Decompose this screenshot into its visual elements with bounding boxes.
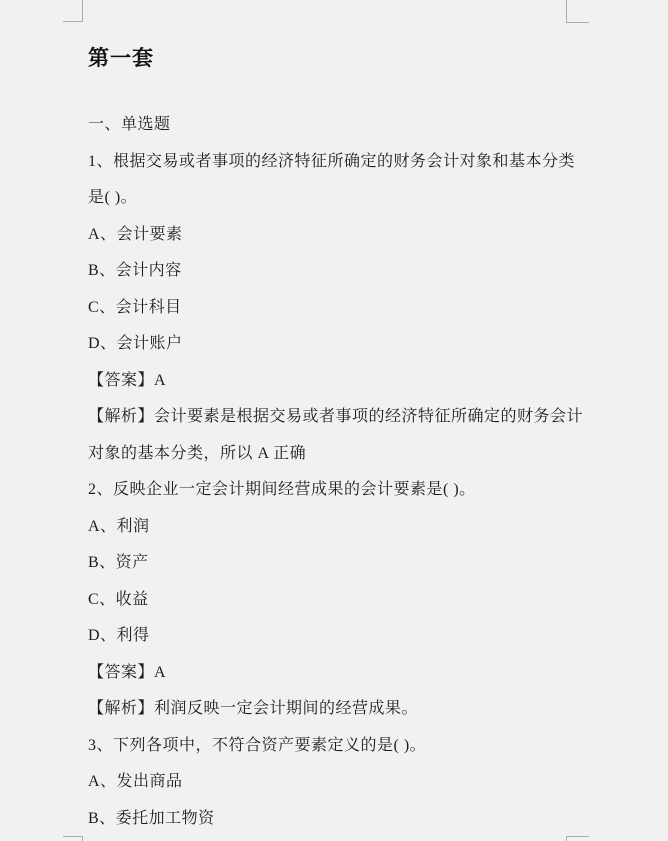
- margin-mark-top-left-icon: [63, 0, 83, 22]
- question-2-option-a: A、利润: [88, 509, 608, 546]
- question-2-option-c: C、收益: [88, 582, 608, 619]
- question-2-option-d: D、利得: [88, 618, 608, 655]
- margin-mark-top-right-icon: [566, 0, 589, 23]
- question-1-analysis-line-1: 【解析】会计要素是根据交易或者事项的经济特征所确定的财务会计: [88, 399, 608, 436]
- question-2-option-b: B、资产: [88, 545, 608, 582]
- question-1-option-b: B、会计内容: [88, 253, 608, 290]
- margin-mark-bottom-left-icon: [63, 836, 83, 841]
- document-title: 第一套: [88, 42, 154, 72]
- question-2-analysis: 【解析】利润反映一定会计期间的经营成果。: [88, 691, 608, 728]
- question-1-option-d: D、会计账户: [88, 326, 608, 363]
- section-heading: 一、单选题: [88, 107, 608, 144]
- question-1-analysis-line-2: 对象的基本分类，所以 A 正确: [88, 436, 608, 473]
- question-1-stem-line-1: 1、根据交易或者事项的经济特征所确定的财务会计对象和基本分类: [88, 144, 608, 181]
- question-1-stem-line-2: 是( )。: [88, 180, 608, 217]
- question-2-stem: 2、反映企业一定会计期间经营成果的会计要素是( )。: [88, 472, 608, 509]
- question-1-option-a: A、会计要素: [88, 217, 608, 254]
- question-2-answer: 【答案】A: [88, 655, 608, 692]
- question-1-answer: 【答案】A: [88, 363, 608, 400]
- document-page: { "colors": { "page_background": "#f1f1f…: [0, 0, 668, 841]
- question-1-option-c: C、会计科目: [88, 290, 608, 327]
- document-body: 一、单选题 1、根据交易或者事项的经济特征所确定的财务会计对象和基本分类 是( …: [88, 107, 608, 837]
- question-3-option-a: A、发出商品: [88, 764, 608, 801]
- question-3-option-b: B、委托加工物资: [88, 801, 608, 838]
- question-3-stem: 3、下列各项中，不符合资产要素定义的是( )。: [88, 728, 608, 765]
